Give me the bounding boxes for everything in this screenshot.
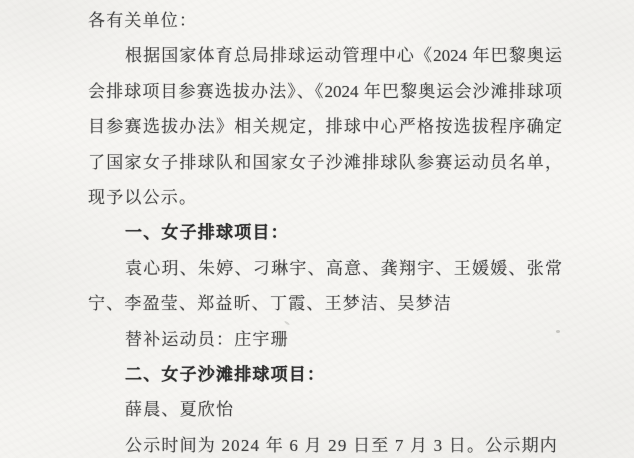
publicity-period-line: 公示时间为 2024 年 6 月 29 日至 7 月 3 日。公示期内 xyxy=(88,428,562,458)
intro-paragraph-line-2: 会排球项目参赛选拔办法》、《2024 年巴黎奥运会沙滩排球项 xyxy=(88,74,562,109)
heading-women-volleyball: 一、女子排球项目： xyxy=(88,215,562,250)
scan-speck xyxy=(556,330,560,333)
intro-paragraph-line-1: 根据国家体育总局排球运动管理中心《2024 年巴黎奥运 xyxy=(88,38,562,73)
volleyball-roster-line-1: 袁心玥、朱婷、刁琳宇、高意、龚翔宇、王媛媛、张常 xyxy=(88,251,562,286)
document-page: 各有关单位： 根据国家体育总局排球运动管理中心《2024 年巴黎奥运 会排球项目… xyxy=(0,0,634,458)
substitute-athlete-line: 替补运动员：庄宇珊 xyxy=(88,322,562,357)
salutation-line: 各有关单位： xyxy=(88,3,562,38)
intro-paragraph-line-4: 了国家女子排球队和国家女子沙滩排球队参赛运动员名单， xyxy=(88,145,562,180)
intro-paragraph-line-3: 目参赛选拔办法》相关规定，排球中心严格按选拔程序确定 xyxy=(88,109,562,144)
intro-paragraph-line-5: 现予以公示。 xyxy=(88,180,562,215)
volleyball-roster-line-2: 宁、李盈莹、郑益昕、丁霞、王梦洁、吴梦洁 xyxy=(88,286,562,321)
heading-beach-volleyball: 二、女子沙滩排球项目： xyxy=(88,357,562,392)
beach-roster-line: 薛晨、夏欣怡 xyxy=(88,392,562,427)
document-text-block: 各有关单位： 根据国家体育总局排球运动管理中心《2024 年巴黎奥运 会排球项目… xyxy=(88,3,562,458)
